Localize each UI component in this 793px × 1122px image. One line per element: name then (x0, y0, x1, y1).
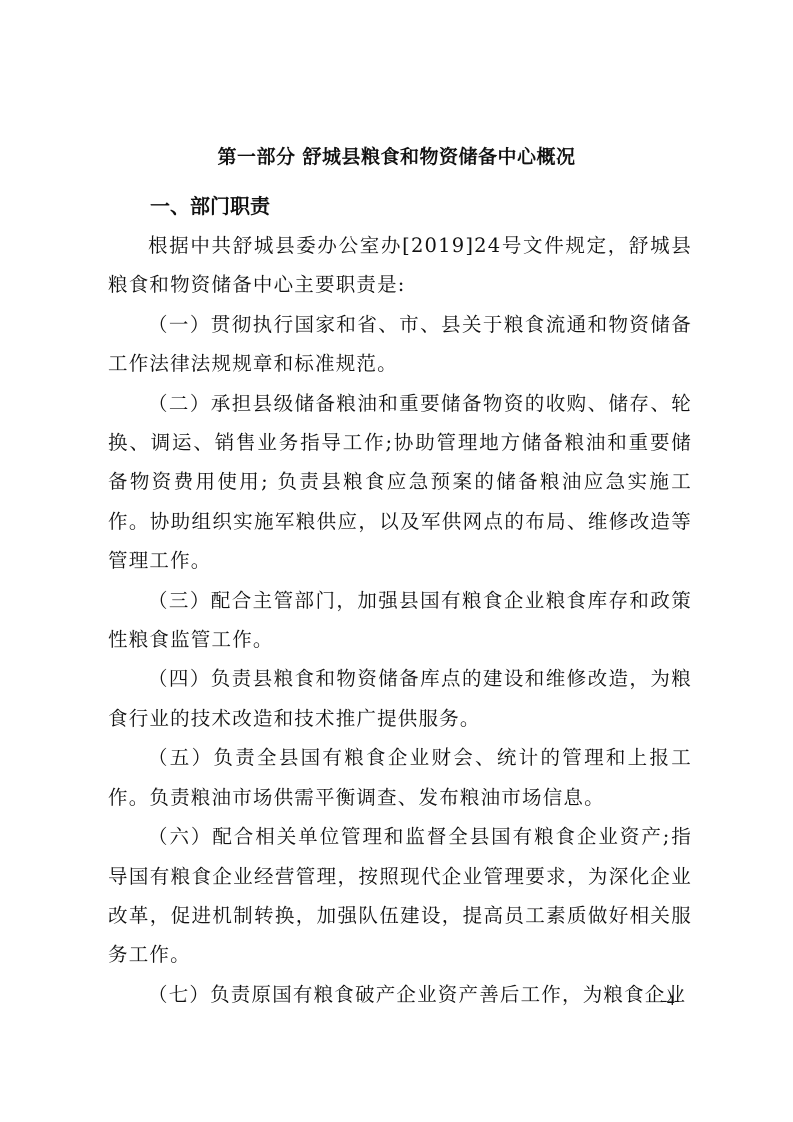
page-title: 第一部分 舒城县粮食和物资储备中心概况 (0, 142, 793, 169)
document-body: 根据中共舒城县委办公室办[2019]24号文件规定，舒城县粮食和物资储备中心主要… (108, 226, 692, 1014)
paragraph-duty-2: （二）承担县级储备粮油和重要储备物资的收购、储存、轮换、调运、销售业务指导工作;… (108, 384, 692, 581)
paragraph-intro: 根据中共舒城县委办公室办[2019]24号文件规定，舒城县粮食和物资储备中心主要… (108, 226, 692, 305)
document-page: 第一部分 舒城县粮食和物资储备中心概况 一、部门职责 根据中共舒城县委办公室办[… (0, 0, 793, 1122)
paragraph-duty-7: （七）负责原国有粮食破产企业资产善后工作，为粮食企业 (108, 975, 692, 1014)
paragraph-duty-5: （五）负责全县国有粮食企业财会、统计的管理和上报工作。负责粮油市场供需平衡调查、… (108, 738, 692, 817)
paragraph-duty-4: （四）负责县粮食和物资储备库点的建设和维修改造，为粮食行业的技术改造和技术推广提… (108, 659, 692, 738)
section-heading: 一、部门职责 (150, 190, 270, 219)
paragraph-duty-6: （六）配合相关单位管理和监督全县国有粮食企业资产;指导国有粮食企业经营管理，按照… (108, 817, 692, 975)
paragraph-duty-1: （一）贯彻执行国家和省、市、县关于粮食流通和物资储备工作法律法规规章和标准规范。 (108, 305, 692, 384)
page-number: -4- (662, 993, 680, 1010)
paragraph-duty-3: （三）配合主管部门，加强县国有粮食企业粮食库存和政策性粮食监管工作。 (108, 581, 692, 660)
